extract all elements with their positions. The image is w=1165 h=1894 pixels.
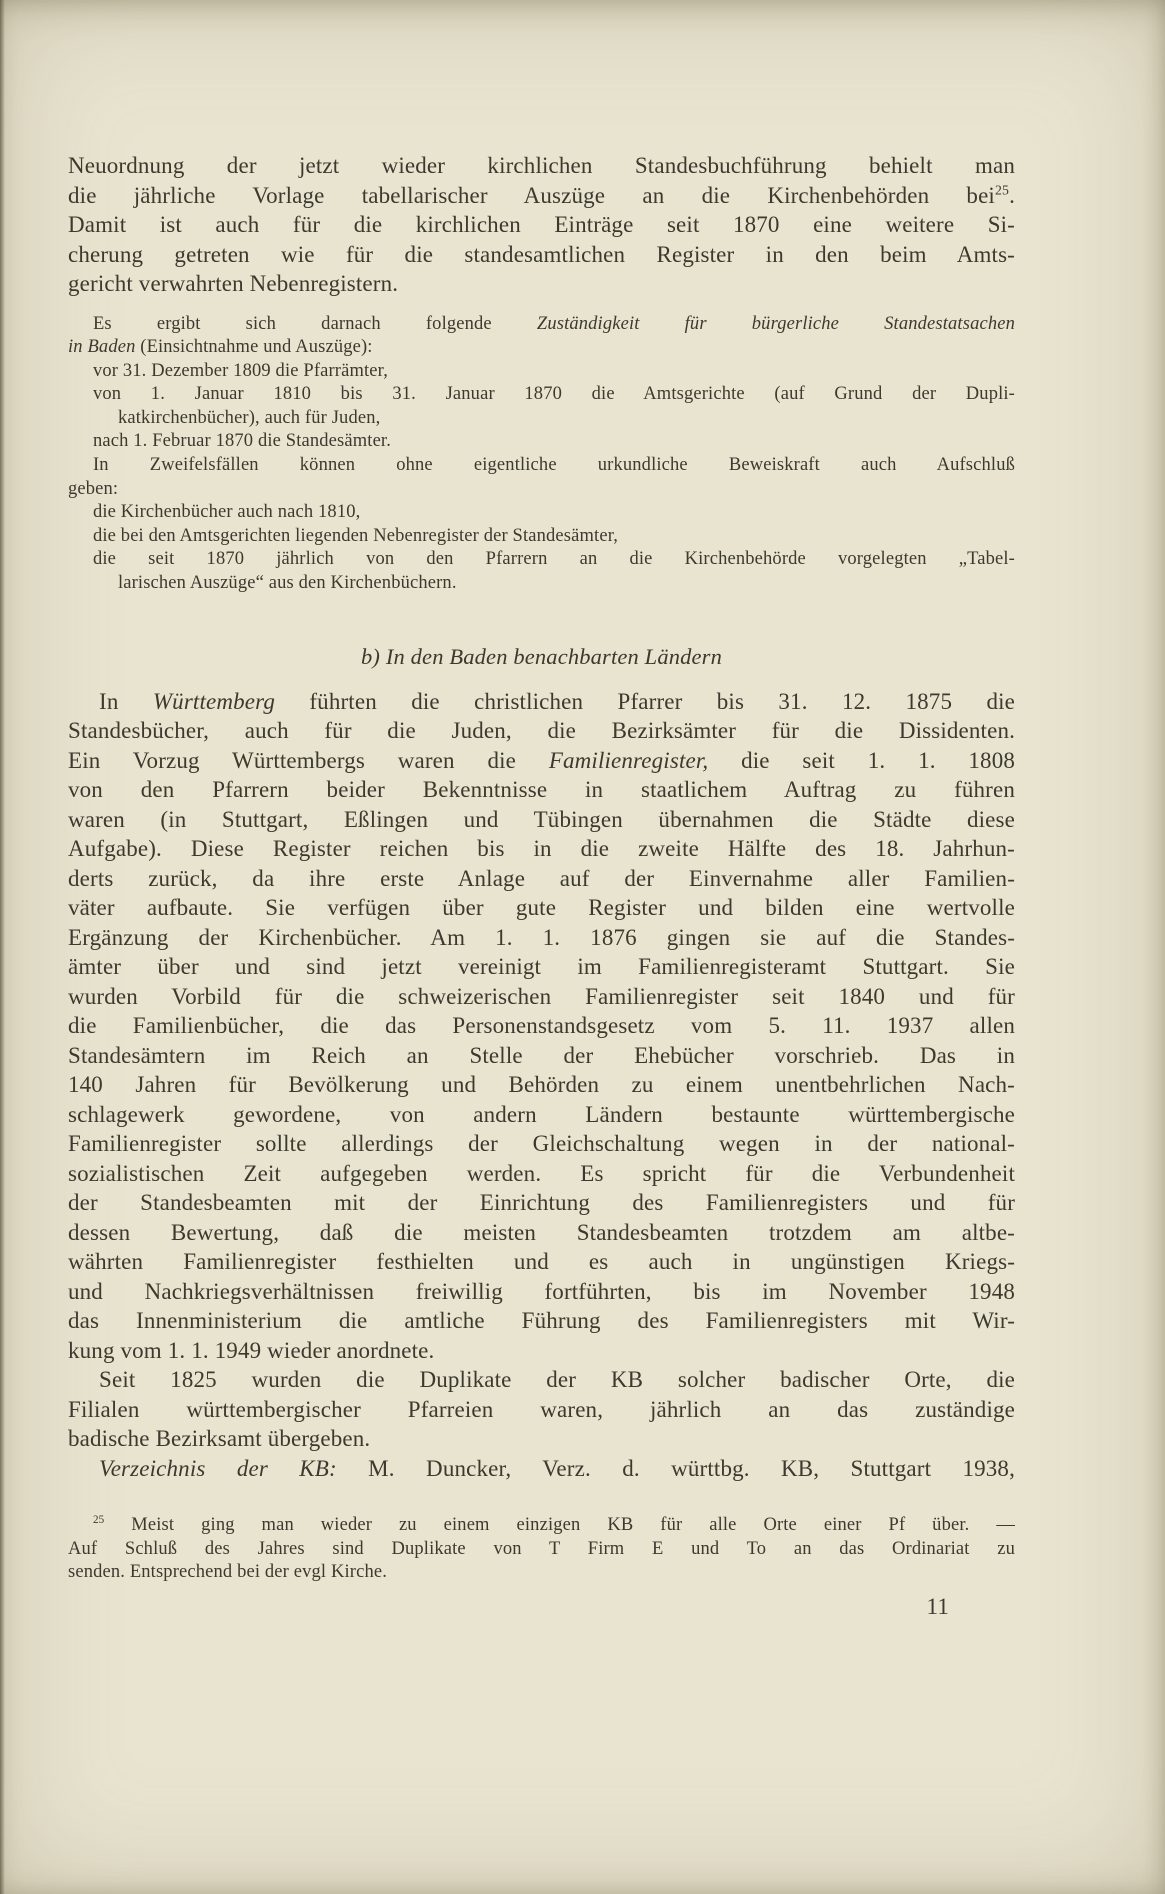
page-number: 11 <box>68 1594 1015 1620</box>
book-page: Neuordnung der jetzt wieder kirchlichen … <box>0 0 1165 1894</box>
paragraph-verzeichnis: Verzeichnis der KB: M. Duncker, Verz. d.… <box>68 1454 1015 1484</box>
section-heading: b) In den Baden benachbarten Ländern <box>68 642 1015 671</box>
paragraph-intro: Neuordnung der jetzt wieder kirchlichen … <box>68 151 1015 299</box>
paragraph-duplikate: Seit 1825 wurden die Duplikate der KB so… <box>68 1365 1015 1454</box>
text-column: Neuordnung der jetzt wieder kirchlichen … <box>68 151 1015 1620</box>
paragraph-wuerttemberg: In Württemberg führten die christlichen … <box>68 687 1015 1366</box>
competency-list-block: Es ergibt sich darnach folgende Zuständi… <box>68 313 1015 596</box>
footnote-25: 25 Meist ging man wieder zu einem einzig… <box>68 1514 1015 1585</box>
